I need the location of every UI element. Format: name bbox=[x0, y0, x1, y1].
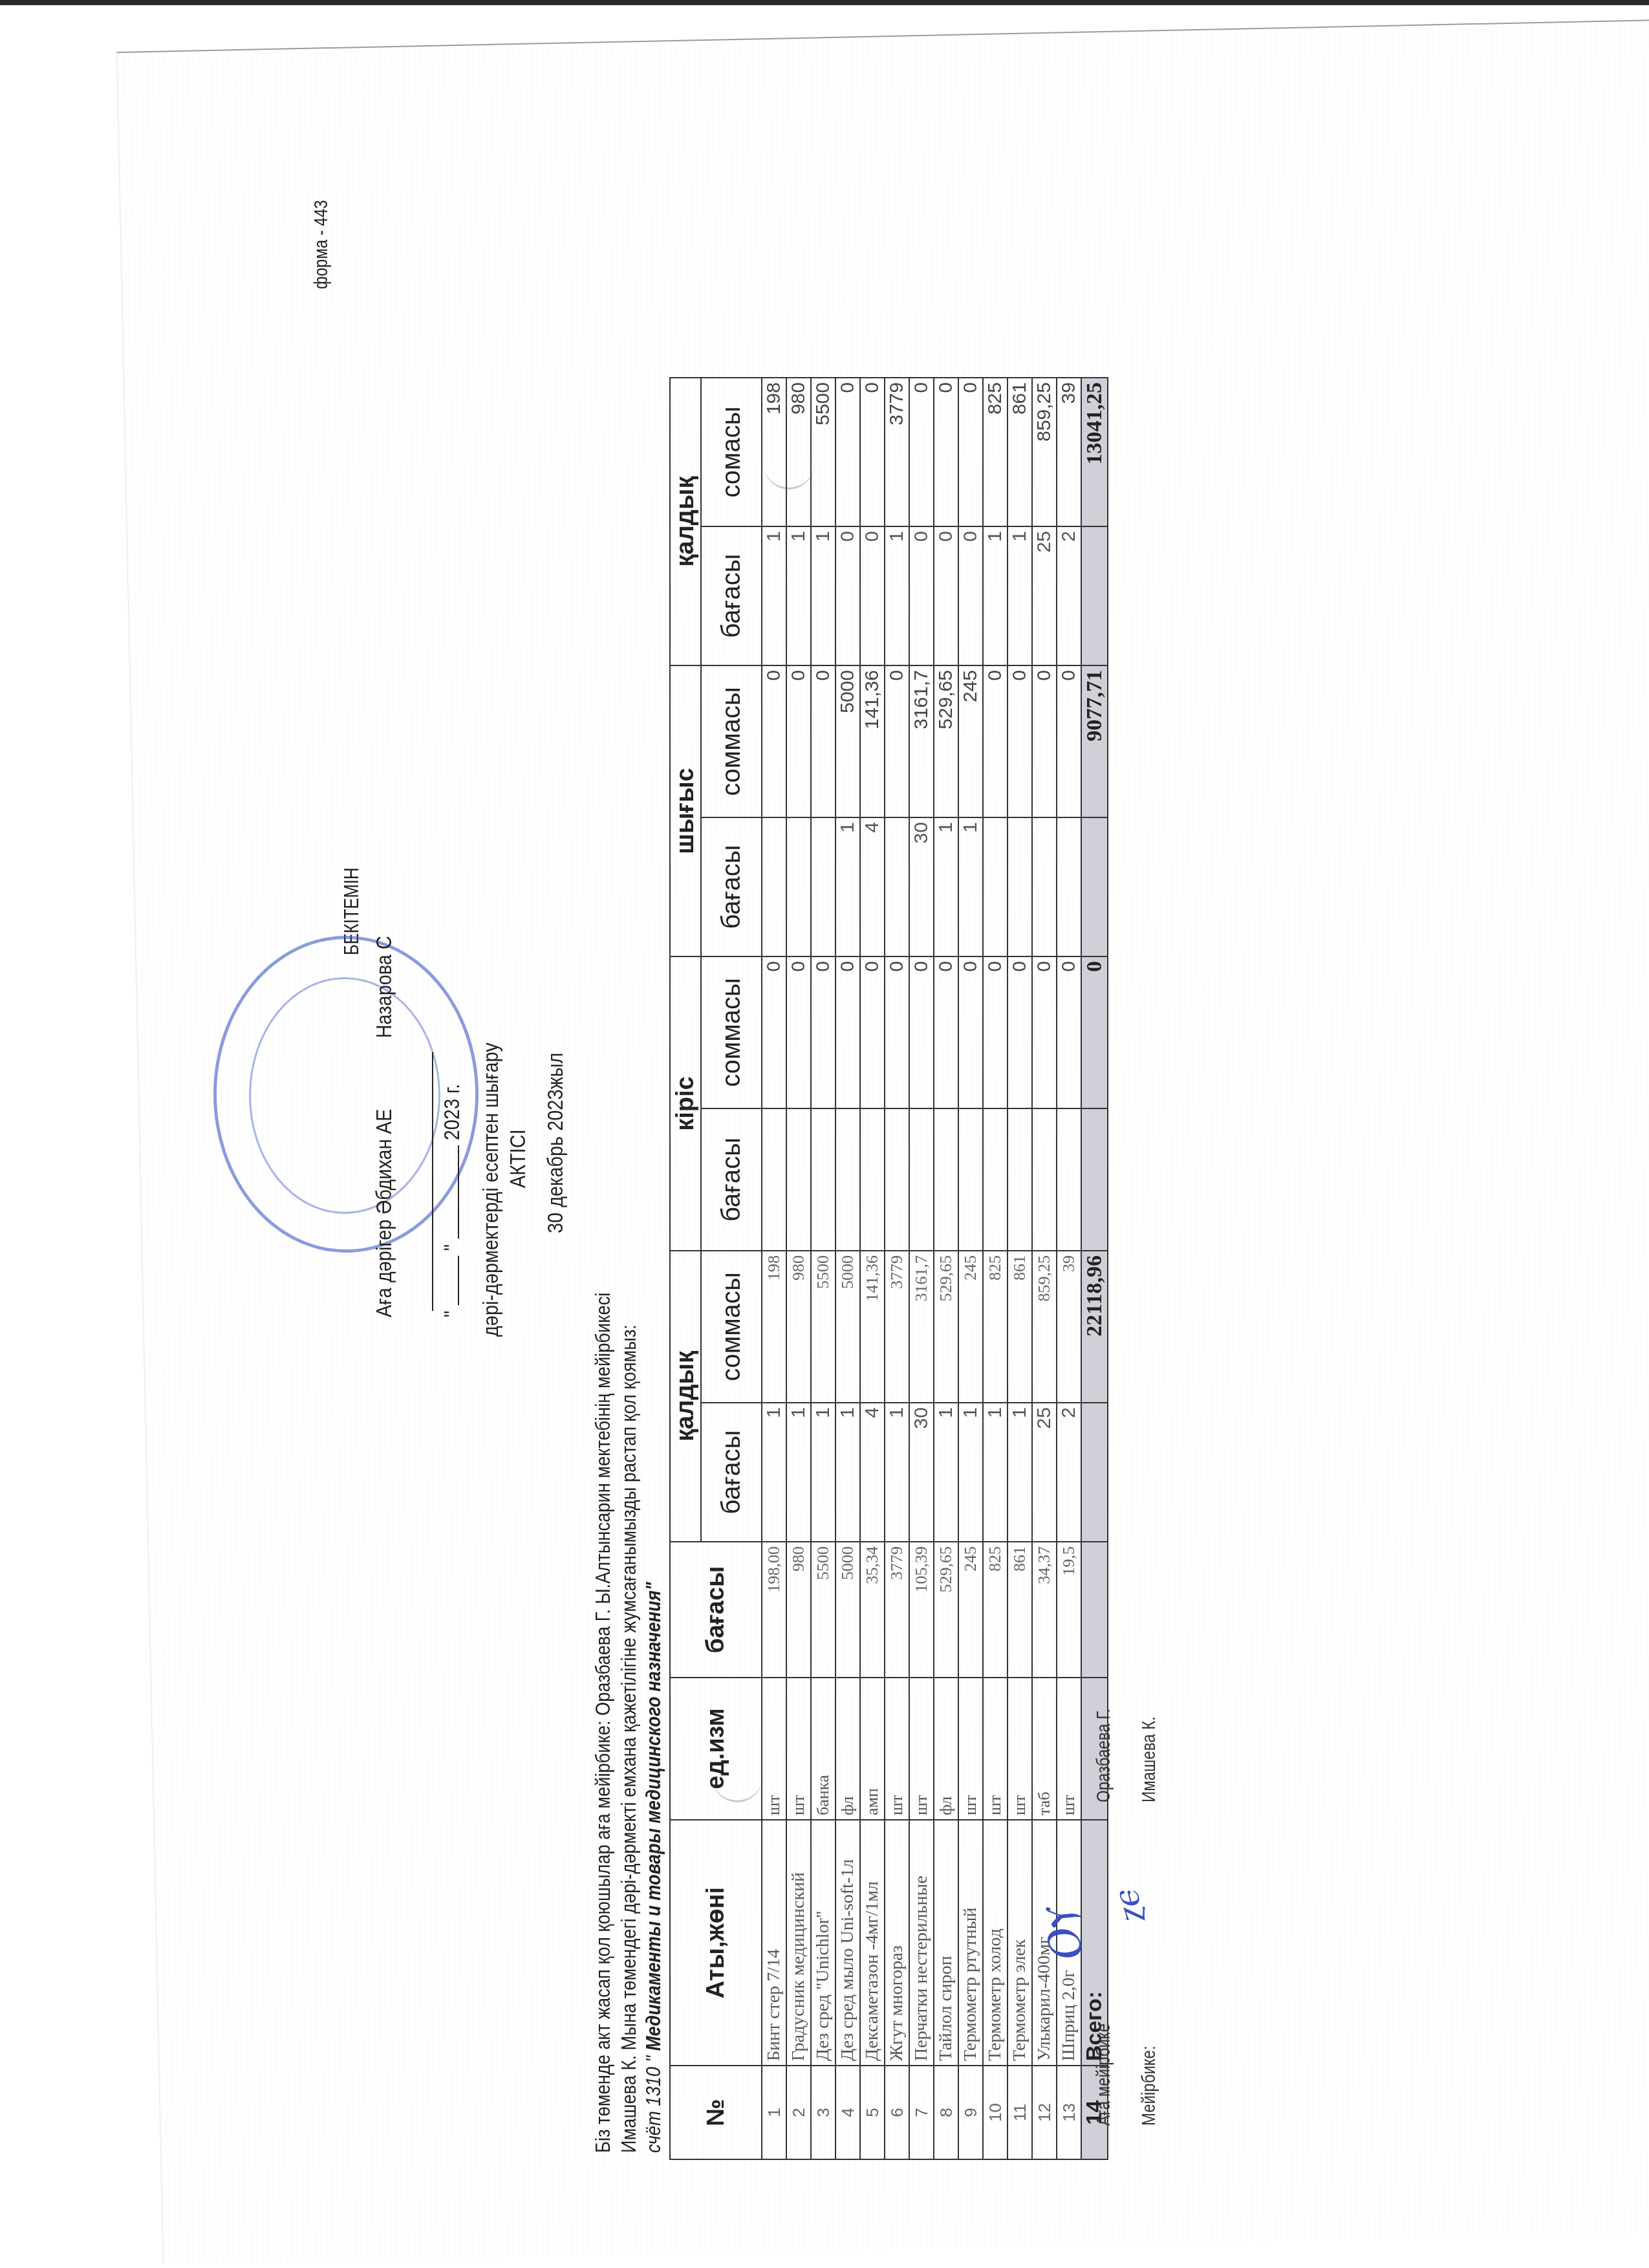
cell-unit: шт bbox=[1057, 1678, 1081, 1820]
cell-in-qty bbox=[909, 1108, 934, 1251]
table-row: 8Тайлол сиропфл529,651529,6501529,6500 bbox=[934, 378, 958, 2159]
col-expense-qty: бағасы bbox=[701, 817, 762, 956]
cell-price: 245 bbox=[958, 1542, 983, 1678]
total-expense-sum: 9077,71 bbox=[1081, 665, 1108, 817]
cell-close-qty: 1 bbox=[786, 526, 811, 665]
cell-out-qty bbox=[1057, 817, 1081, 956]
table-header-row: № Аты,жөні ед.изм бағасы қалдық кіріс шы… bbox=[670, 378, 701, 2159]
cell-name: Перчатки нестерильные bbox=[909, 1820, 934, 2066]
cell-no: 12 bbox=[1032, 2066, 1057, 2159]
cell-in-qty bbox=[1008, 1108, 1032, 1251]
cell-open-sum: 3779 bbox=[885, 1251, 909, 1403]
cell-open-qty: 1 bbox=[762, 1403, 786, 1542]
cell-unit: фл bbox=[934, 1678, 958, 1820]
cell-in-qty bbox=[1032, 1108, 1057, 1251]
table-row: 5Дексаметазон -4мг/1мламп35,344141,36041… bbox=[860, 378, 885, 2159]
cell-open-sum: 245 bbox=[958, 1251, 983, 1403]
cell-out-qty: 4 bbox=[860, 817, 885, 956]
col-closing-qty: бағасы bbox=[701, 526, 762, 665]
cell-out-sum: 5000 bbox=[835, 665, 860, 817]
cell-out-sum: 0 bbox=[885, 665, 909, 817]
table-row: 9Термометр ртутныйшт24512450124500 bbox=[958, 378, 983, 2159]
table-row: 10Термометр холодшт8251825001825 bbox=[983, 378, 1008, 2159]
cell-open-qty: 1 bbox=[885, 1403, 909, 1542]
cell-out-qty bbox=[786, 817, 811, 956]
cell-in-qty bbox=[811, 1108, 835, 1251]
senior-nurse-name: Оразбаева Г. bbox=[1093, 1709, 1115, 1802]
cell-unit: банка bbox=[811, 1678, 835, 1820]
cell-name: Дез сред мыло Uni-soft-1л bbox=[835, 1820, 860, 2066]
head-doctor-title: Аға дәрігер Әбдихан АЕ bbox=[372, 1109, 396, 1317]
cell-price: 3779 bbox=[885, 1542, 909, 1678]
cell-open-qty: 1 bbox=[786, 1403, 811, 1542]
cell-unit: фл bbox=[835, 1678, 860, 1820]
cell-in-sum: 0 bbox=[1008, 956, 1032, 1108]
col-price: бағасы bbox=[670, 1542, 762, 1678]
cell-unit: шт bbox=[1008, 1678, 1032, 1820]
cell-open-sum: 5500 bbox=[811, 1251, 835, 1403]
nurse-name: Имашева К. bbox=[1138, 1716, 1160, 1802]
cell-in-sum: 0 bbox=[1032, 956, 1057, 1108]
cell-name: Дез сред "Unichlor" bbox=[811, 1820, 835, 2066]
cell-in-sum: 0 bbox=[934, 956, 958, 1108]
cell-close-sum: 0 bbox=[860, 378, 885, 526]
cell-close-qty: 2 bbox=[1057, 526, 1081, 665]
cell-close-sum: 0 bbox=[934, 378, 958, 526]
cell-unit: таб bbox=[1032, 1678, 1057, 1820]
cell-open-sum: 3161,7 bbox=[909, 1251, 934, 1403]
cell-open-qty: 1 bbox=[934, 1403, 958, 1542]
col-opening-qty: бағасы bbox=[701, 1403, 762, 1542]
document-date: 30 декабрь 2023жыл bbox=[543, 1053, 568, 1233]
cell-out-sum: 0 bbox=[786, 665, 811, 817]
rotated-document: форма - 443 БЕКІТЕМІН Аға дәрігер Әбдиха… bbox=[0, 0, 1649, 2268]
account-name: Медикаменты и товары медицинского назнач… bbox=[642, 1582, 665, 2055]
cell-close-qty: 0 bbox=[835, 526, 860, 665]
cell-in-sum: 0 bbox=[835, 956, 860, 1108]
cell-name: Термометр элек bbox=[1008, 1820, 1032, 2066]
cell-open-qty: 1 bbox=[811, 1403, 835, 1542]
cell-in-sum: 0 bbox=[811, 956, 835, 1108]
cell-open-sum: 859,25 bbox=[1032, 1251, 1057, 1403]
table-row: 2Градусник медицинскийшт9801980001980 bbox=[786, 378, 811, 2159]
document-subtitle: дәрі-дәрмектерді есептен шығару bbox=[479, 1042, 504, 1337]
cell-open-sum: 861 bbox=[1008, 1251, 1032, 1403]
cell-name: Жгут многораз bbox=[885, 1820, 909, 2066]
cell-close-sum: 39 bbox=[1057, 378, 1081, 526]
cell-open-sum: 980 bbox=[786, 1251, 811, 1403]
cell-in-sum: 0 bbox=[885, 956, 909, 1108]
cell-out-qty bbox=[1032, 817, 1057, 956]
cell-no: 2 bbox=[786, 2066, 811, 2159]
cell-in-sum: 0 bbox=[958, 956, 983, 1108]
col-unit: ед.изм bbox=[670, 1678, 762, 1820]
cell-name: Тайлол сироп bbox=[934, 1820, 958, 2066]
cell-out-qty bbox=[983, 817, 1008, 956]
cell-out-qty: 30 bbox=[909, 817, 934, 956]
cell-close-sum: 859,25 bbox=[1032, 378, 1057, 526]
intro-line-1: Біз төменде акт жасап қол қоюшылар аға м… bbox=[592, 1293, 615, 2153]
cell-name: Дексаметазон -4мг/1мл bbox=[860, 1820, 885, 2066]
cell-open-sum: 5000 bbox=[835, 1251, 860, 1403]
cell-open-qty: 30 bbox=[909, 1403, 934, 1542]
total-closing-sum: 13041,25 bbox=[1081, 378, 1108, 526]
cell-unit: шт bbox=[786, 1678, 811, 1820]
cell-close-qty: 1 bbox=[983, 526, 1008, 665]
cell-out-sum: 0 bbox=[1057, 665, 1081, 817]
table-row: 3Дез сред "Unichlor"банка550015500001550… bbox=[811, 378, 835, 2159]
cell-close-sum: 980 bbox=[786, 378, 811, 526]
cell-close-qty: 0 bbox=[934, 526, 958, 665]
cell-in-qty bbox=[786, 1108, 811, 1251]
cell-out-sum: 529,65 bbox=[934, 665, 958, 817]
cell-name: Градусник медицинский bbox=[786, 1820, 811, 2066]
cell-open-qty: 1 bbox=[835, 1403, 860, 1542]
document-title: АКТІСІ bbox=[506, 1129, 531, 1188]
cell-out-sum: 245 bbox=[958, 665, 983, 817]
cell-out-qty bbox=[762, 817, 786, 956]
signature-line bbox=[432, 1052, 433, 1311]
cell-unit: шт bbox=[885, 1678, 909, 1820]
cell-open-sum: 39 bbox=[1057, 1251, 1081, 1403]
cell-in-sum: 0 bbox=[909, 956, 934, 1108]
col-name: Аты,жөні bbox=[670, 1820, 762, 2066]
intro-line-3: счёт 1310 " Медикаменты и товары медицин… bbox=[642, 1582, 665, 2153]
cell-close-qty: 25 bbox=[1032, 526, 1057, 665]
cell-name: Термометр холод bbox=[983, 1820, 1008, 2066]
cell-out-sum: 0 bbox=[1008, 665, 1032, 817]
cell-name: Термометр ртутный bbox=[958, 1820, 983, 2066]
table-row: 13Шприц 2,0гшт19,523900239 bbox=[1057, 378, 1081, 2159]
cell-open-sum: 825 bbox=[983, 1251, 1008, 1403]
cell-in-sum: 0 bbox=[786, 956, 811, 1108]
cell-no: 6 bbox=[885, 2066, 909, 2159]
cell-unit: шт bbox=[909, 1678, 934, 1820]
cell-price: 5500 bbox=[811, 1542, 835, 1678]
cell-no: 8 bbox=[934, 2066, 958, 2159]
cell-close-qty: 1 bbox=[762, 526, 786, 665]
col-no: № bbox=[670, 2066, 762, 2159]
cell-no: 9 bbox=[958, 2066, 983, 2159]
senior-nurse-label: Аға мейірбике bbox=[1093, 2024, 1115, 2126]
cell-in-sum: 0 bbox=[1057, 956, 1081, 1108]
cell-close-sum: 825 bbox=[983, 378, 1008, 526]
head-doctor-label: Аға дәрігер Әбдихан АЕ Назарова С bbox=[372, 936, 397, 1317]
cell-in-qty bbox=[934, 1108, 958, 1251]
cell-open-sum: 529,65 bbox=[934, 1251, 958, 1403]
form-number: форма - 443 bbox=[310, 200, 332, 289]
col-closing-sum: сомасы bbox=[701, 378, 762, 526]
cell-out-sum: 141,36 bbox=[860, 665, 885, 817]
cell-unit: шт bbox=[983, 1678, 1008, 1820]
cell-close-qty: 1 bbox=[811, 526, 835, 665]
intro-line-2: Имашева К. Мына төмендегі дәрі-дәрмекті … bbox=[618, 1324, 641, 2153]
approval-date: " " 2023 г. bbox=[440, 1084, 465, 1317]
cell-price: 529,65 bbox=[934, 1542, 958, 1678]
cell-out-sum: 0 bbox=[1032, 665, 1057, 817]
cell-close-sum: 0 bbox=[958, 378, 983, 526]
cell-price: 19,5 bbox=[1057, 1542, 1081, 1678]
cell-in-qty bbox=[762, 1108, 786, 1251]
cell-out-sum: 0 bbox=[983, 665, 1008, 817]
cell-price: 34,37 bbox=[1032, 1542, 1057, 1678]
col-income-sum: соммасы bbox=[701, 956, 762, 1108]
cell-in-sum: 0 bbox=[983, 956, 1008, 1108]
cell-unit: шт bbox=[762, 1678, 786, 1820]
cell-close-qty: 1 bbox=[1008, 526, 1032, 665]
cell-out-qty bbox=[811, 817, 835, 956]
table-row: 7Перчатки нестерильныешт105,39303161,703… bbox=[909, 378, 934, 2159]
col-income-qty: бағасы bbox=[701, 1108, 762, 1251]
cell-in-sum: 0 bbox=[860, 956, 885, 1108]
cell-in-qty bbox=[1057, 1108, 1081, 1251]
cell-close-sum: 0 bbox=[909, 378, 934, 526]
total-opening-sum: 22118,96 bbox=[1081, 1251, 1108, 1403]
cell-no: 13 bbox=[1057, 2066, 1081, 2159]
cell-no: 5 bbox=[860, 2066, 885, 2159]
cell-close-qty: 0 bbox=[958, 526, 983, 665]
cell-close-sum: 3779 bbox=[885, 378, 909, 526]
cell-open-qty: 1 bbox=[958, 1403, 983, 1542]
cell-unit: амп bbox=[860, 1678, 885, 1820]
cell-in-qty bbox=[860, 1108, 885, 1251]
cell-out-sum: 3161,7 bbox=[909, 665, 934, 817]
nurse-signature: ⲍⲉ bbox=[1103, 1887, 1155, 1930]
cell-price: 198,00 bbox=[762, 1542, 786, 1678]
cell-close-qty: 1 bbox=[885, 526, 909, 665]
cell-open-qty: 4 bbox=[860, 1403, 885, 1542]
cell-out-qty: 1 bbox=[934, 817, 958, 956]
cell-close-sum: 861 bbox=[1008, 378, 1032, 526]
cell-price: 5000 bbox=[835, 1542, 860, 1678]
cell-price: 105,39 bbox=[909, 1542, 934, 1678]
table-row: 1Бинт стер 7/14шт198,001198001198 bbox=[762, 378, 786, 2159]
cell-in-sum: 0 bbox=[762, 956, 786, 1108]
head-doctor-name: Назарова С bbox=[372, 936, 396, 1038]
cell-close-sum: 5500 bbox=[811, 378, 835, 526]
group-income: кіріс bbox=[670, 956, 701, 1251]
write-off-table: № Аты,жөні ед.изм бағасы қалдық кіріс шы… bbox=[669, 377, 1108, 2160]
cell-open-qty: 2 bbox=[1057, 1403, 1081, 1542]
cell-close-qty: 0 bbox=[909, 526, 934, 665]
cell-unit: шт bbox=[958, 1678, 983, 1820]
cell-price: 35,34 bbox=[860, 1542, 885, 1678]
group-expense: шығыс bbox=[670, 665, 701, 956]
official-stamp bbox=[213, 936, 479, 1253]
col-expense-sum: соммасы bbox=[701, 665, 762, 817]
nurse-label: Мейірбике: bbox=[1138, 2046, 1160, 2126]
cell-open-qty: 1 bbox=[1008, 1403, 1032, 1542]
cell-out-sum: 0 bbox=[811, 665, 835, 817]
approval-year: 2023 г. bbox=[440, 1084, 464, 1140]
cell-in-qty bbox=[835, 1108, 860, 1251]
cell-no: 7 bbox=[909, 2066, 934, 2159]
cell-price: 861 bbox=[1008, 1542, 1032, 1678]
cell-no: 4 bbox=[835, 2066, 860, 2159]
cell-open-sum: 198 bbox=[762, 1251, 786, 1403]
table-row: 4Дез сред мыло Uni-soft-1лфл500015000015… bbox=[835, 378, 860, 2159]
cell-in-qty bbox=[885, 1108, 909, 1251]
cell-price: 980 bbox=[786, 1542, 811, 1678]
cell-open-qty: 1 bbox=[983, 1403, 1008, 1542]
cell-in-qty bbox=[958, 1108, 983, 1251]
table-row: 12Улькарил-400мгтаб34,3725859,250025859,… bbox=[1032, 378, 1057, 2159]
table-row: 6Жгут многоразшт3779137790013779 bbox=[885, 378, 909, 2159]
cell-name: Бинт стер 7/14 bbox=[762, 1820, 786, 2066]
cell-close-qty: 0 bbox=[860, 526, 885, 665]
cell-out-sum: 0 bbox=[762, 665, 786, 817]
cell-open-sum: 141,36 bbox=[860, 1251, 885, 1403]
total-row: 14 Всего: 22118,96 0 9077,71 13041,25 bbox=[1081, 378, 1108, 2159]
cell-out-qty: 1 bbox=[835, 817, 860, 956]
cell-no: 1 bbox=[762, 2066, 786, 2159]
cell-no: 10 bbox=[983, 2066, 1008, 2159]
cell-out-qty: 1 bbox=[958, 817, 983, 956]
cell-in-qty bbox=[983, 1108, 1008, 1251]
total-income-sum: 0 bbox=[1081, 956, 1108, 1108]
col-opening-sum: соммасы bbox=[701, 1251, 762, 1403]
group-opening-balance: қалдық bbox=[670, 1251, 701, 1542]
cell-close-sum: 0 bbox=[835, 378, 860, 526]
group-closing-balance: қалдық bbox=[670, 378, 701, 665]
cell-no: 3 bbox=[811, 2066, 835, 2159]
cell-out-qty bbox=[1008, 817, 1032, 956]
table-row: 11Термометр элекшт8611861001861 bbox=[1008, 378, 1032, 2159]
cell-open-qty: 25 bbox=[1032, 1403, 1057, 1542]
cell-out-qty bbox=[885, 817, 909, 956]
cell-no: 11 bbox=[1008, 2066, 1032, 2159]
cell-close-sum: 198 bbox=[762, 378, 786, 526]
cell-price: 825 bbox=[983, 1542, 1008, 1678]
